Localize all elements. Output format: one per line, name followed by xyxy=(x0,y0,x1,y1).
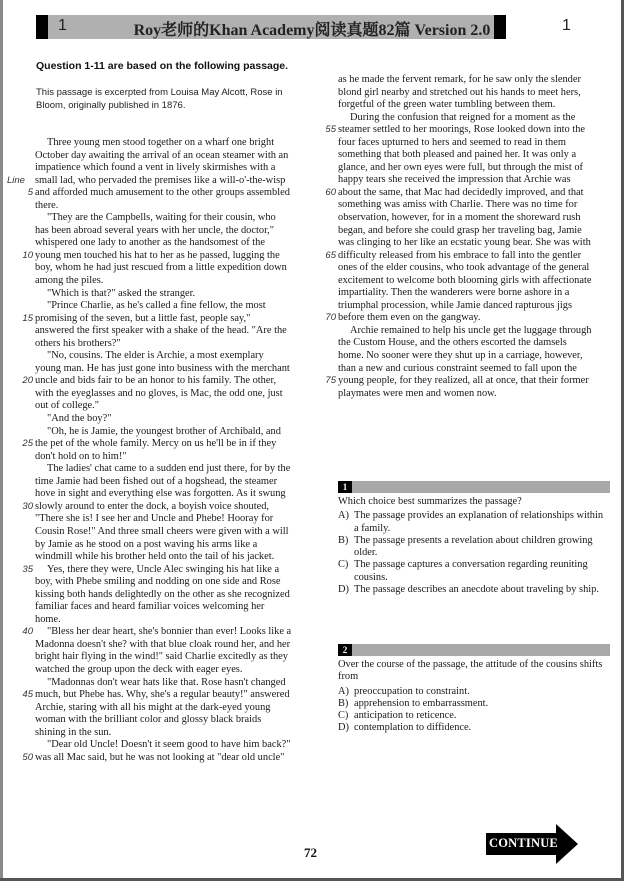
option-letter: A) xyxy=(338,686,354,698)
line-text: Archie remained to help his uncle get th… xyxy=(350,325,592,336)
line-text: answered the first speaker with a shake … xyxy=(35,325,287,336)
passage-line: bright hair flying in the wind!" said Ch… xyxy=(35,651,317,664)
line-text: young man. He has just gone into busines… xyxy=(35,363,290,374)
line-text: the Custom House, and the others escorte… xyxy=(338,337,567,348)
line-text: young men touched his hat to her as he p… xyxy=(35,250,280,261)
passage-heading: Question 1-11 are based on the following… xyxy=(36,60,288,72)
passage-line: windmill while his brother held onto the… xyxy=(35,551,317,564)
passage-line: as he made the fervent remark, for he sa… xyxy=(338,74,610,87)
line-number: 5 xyxy=(13,187,33,200)
line-text: "They are the Campbells, waiting for the… xyxy=(47,212,276,223)
page-number: 72 xyxy=(304,845,317,861)
passage-line: "Which is that?" asked the stranger. xyxy=(35,288,317,301)
line-text: was all Mac said, but he was not looking… xyxy=(35,752,284,763)
line-text: impatience which found a vent in lively … xyxy=(35,162,275,173)
line-text: something that both pleased and pained h… xyxy=(338,149,576,160)
passage-source-note: This passage is excerpted from Louisa Ma… xyxy=(36,87,311,112)
passage-line: 5and afforded much amusement to the othe… xyxy=(35,187,317,200)
line-text: uncle and bids fair to be an honor to hi… xyxy=(35,375,276,386)
line-text: Three young men stood together on a whar… xyxy=(47,137,274,148)
line-text: Archie, staring with all his might at th… xyxy=(35,702,270,713)
passage-line: 65difficulty released from his embrace t… xyxy=(338,250,610,263)
line-text: and afforded much amusement to the other… xyxy=(35,187,290,198)
passage-line: something that both pleased and pained h… xyxy=(338,149,610,162)
question-2-bar: 2 xyxy=(338,644,610,656)
line-text: woman with the brilliant color and gloss… xyxy=(35,714,261,725)
passage-line: 25the pet of the whole family. Mercy on … xyxy=(35,438,317,451)
option-letter: D) xyxy=(338,584,354,596)
line-text: Cousin Rose!" And three small cheers wer… xyxy=(35,526,289,537)
line-text: something was amiss with Charlie. There … xyxy=(338,199,577,210)
line-text: home. No sooner were they shut up in a c… xyxy=(338,350,583,361)
answer-option-c[interactable]: C)The passage captures a conversation re… xyxy=(338,559,610,584)
passage-line: woman with the brilliant color and gloss… xyxy=(35,714,317,727)
line-text: out of college." xyxy=(35,400,99,411)
option-text: apprehension to embarrassment. xyxy=(354,698,610,710)
passage-line: there. xyxy=(35,200,317,213)
option-text: The passage captures a conversation rega… xyxy=(354,559,610,584)
line-text: playmates were men and women now. xyxy=(338,388,497,399)
line-text: "Madonnas don't wear hats like that. Ros… xyxy=(47,677,286,688)
line-text: impartiality. Then the wanderers were bo… xyxy=(338,287,569,298)
option-letter: D) xyxy=(338,722,354,734)
line-number: 45 xyxy=(13,689,33,702)
passage-line: time Jamie had been fished out of a hogs… xyxy=(35,476,317,489)
line-text: During the confusion that reigned for a … xyxy=(350,112,575,123)
line-text: familiar faces and heard familiar voices… xyxy=(35,601,264,612)
passage-line: "Dear old Uncle! Doesn't it seem good to… xyxy=(35,739,317,752)
line-number: 35 xyxy=(13,564,33,577)
passage-line: 75young people, for they realized, all a… xyxy=(338,375,610,388)
passage-line: boy, with Phebe smiling and nodding on o… xyxy=(35,576,317,589)
passage-line: playmates were men and women now. xyxy=(338,388,610,401)
line-text: "Dear old Uncle! Doesn't it seem good to… xyxy=(47,739,291,750)
line-text: was clinging to her like an ecstatic you… xyxy=(338,237,591,248)
passage-line: home. xyxy=(35,614,317,627)
answer-option-b[interactable]: B)The passage presents a revelation abou… xyxy=(338,535,610,560)
passage-line: blond girl nearby and stretched out his … xyxy=(338,87,610,100)
line-text: triumphal procession, while Jamie danced… xyxy=(338,300,572,311)
line-text: Yes, there they were, Uncle Alec swingin… xyxy=(47,564,279,575)
passage-line: observation, however, for in a moment th… xyxy=(338,212,610,225)
answer-option-d[interactable]: D)contemplation to diffidence. xyxy=(338,722,610,734)
passage-line: 30slowly around to enter the dock, a boy… xyxy=(35,501,317,514)
answer-option-c[interactable]: C)anticipation to reticence. xyxy=(338,710,610,722)
line-text: with the eyeglasses and no gloves, is Ma… xyxy=(35,388,283,399)
line-number: 30 xyxy=(13,501,33,514)
line-text: blond girl nearby and stretched out his … xyxy=(338,87,581,98)
line-text: home. xyxy=(35,614,61,625)
passage-line: "Oh, he is Jamie, the youngest brother o… xyxy=(35,426,317,439)
continue-button[interactable]: CONTINUE xyxy=(486,824,578,864)
line-number: 10 xyxy=(13,250,33,263)
passage-line: "No, cousins. The elder is Archie, a mos… xyxy=(35,350,317,363)
answer-option-a[interactable]: A)preoccupation to constraint. xyxy=(338,686,610,698)
line-text: windmill while his brother held onto the… xyxy=(35,551,274,562)
passage-column-right: as he made the fervent remark, for he sa… xyxy=(338,74,610,400)
line-text: as he made the fervent remark, for he sa… xyxy=(338,74,581,85)
passage-line: 15promising of the seven, but a little f… xyxy=(35,313,317,326)
question-number: 1 xyxy=(338,481,352,493)
passage-line: answered the first speaker with a shake … xyxy=(35,325,317,338)
option-letter: B) xyxy=(338,535,354,560)
line-text: the pet of the whole family. Mercy on us… xyxy=(35,438,276,449)
line-text: others his brothers?" xyxy=(35,338,121,349)
line-text: much, but Phebe has. Why, she's a regula… xyxy=(35,689,290,700)
passage-line: young man. He has just gone into busines… xyxy=(35,363,317,376)
passage-line: Three young men stood together on a whar… xyxy=(35,137,317,150)
passage-line: something was amiss with Charlie. There … xyxy=(338,199,610,212)
passage-line: than a new and curious constraint seemed… xyxy=(338,363,610,376)
line-text: difficulty released from his embrace to … xyxy=(338,250,581,261)
line-text: "Bless her dear heart, she's bonnier tha… xyxy=(47,626,291,637)
passage-line: 35Yes, there they were, Uncle Alec swing… xyxy=(35,564,317,577)
option-letter: C) xyxy=(338,710,354,722)
line-text: there. xyxy=(35,200,58,211)
line-text: whispered one lady to another as the han… xyxy=(35,237,265,248)
line-text: bright hair flying in the wind!" said Ch… xyxy=(35,651,288,662)
line-label: Line xyxy=(7,175,25,188)
passage-line: watched the group upon the deck with eag… xyxy=(35,664,317,677)
passage-line: the Custom House, and the others escorte… xyxy=(338,337,610,350)
line-text: four faces upturned to hers and seemed t… xyxy=(338,137,566,148)
line-text: "No, cousins. The elder is Archie, a mos… xyxy=(47,350,264,361)
line-text: has been abroad several years with her u… xyxy=(35,225,274,236)
passage-line: 60about the same, that Mac had decidedly… xyxy=(338,187,610,200)
line-text: about the same, that Mac had decidedly i… xyxy=(338,187,584,198)
line-text: slowly around to enter the dock, a boyis… xyxy=(35,501,269,512)
passage-line: was clinging to her like an ecstatic you… xyxy=(338,237,610,250)
passage-line: October day awaiting the arrival of an o… xyxy=(35,150,317,163)
passage-line: others his brothers?" xyxy=(35,338,317,351)
option-text: anticipation to reticence. xyxy=(354,710,610,722)
line-text: boy, whom he had just rescued from a lit… xyxy=(35,262,287,273)
answer-option-a[interactable]: A)The passage provides an explanation of… xyxy=(338,510,610,535)
section-number-right: 1 xyxy=(562,17,571,35)
line-text: among the piles. xyxy=(35,275,103,286)
line-number: 40 xyxy=(13,626,33,639)
question-stem: Which choice best summarizes the passage… xyxy=(338,496,610,508)
line-text: than a new and curious constraint seemed… xyxy=(338,363,577,374)
page-title: Roy老师的Khan Academy阅读真题82篇 Version 2.0 xyxy=(0,17,624,40)
passage-line: 45much, but Phebe has. Why, she's a regu… xyxy=(35,689,317,702)
right-arrow-icon xyxy=(556,824,578,864)
passage-line: triumphal procession, while Jamie danced… xyxy=(338,300,610,313)
passage-line: happy tears she received the impression … xyxy=(338,174,610,187)
passage-line: excitement to welcome both blooming girl… xyxy=(338,275,610,288)
passage-line: hove in sight and everything else was fo… xyxy=(35,488,317,501)
passage-line: The ladies' chat came to a sudden end ju… xyxy=(35,463,317,476)
line-number: 20 xyxy=(13,375,33,388)
passage-line: familiar faces and heard familiar voices… xyxy=(35,601,317,614)
passage-line: Archie remained to help his uncle get th… xyxy=(338,325,610,338)
line-text: glance, and her own eyes were full, but … xyxy=(338,162,583,173)
option-text: The passage describes an anecdote about … xyxy=(354,584,610,596)
line-text: "There she is! I see her and Uncle and P… xyxy=(35,513,273,524)
option-text: preoccupation to constraint. xyxy=(354,686,610,698)
passage-line: 55steamer settled to her moorings, Rose … xyxy=(338,124,610,137)
line-text: Madonna doesn't she? with that blue cloa… xyxy=(35,639,290,650)
passage-line: forgetful of the green water tumbling be… xyxy=(338,99,610,112)
passage-line: out of college." xyxy=(35,400,317,413)
line-number: 65 xyxy=(316,250,336,263)
passage-line: Madonna doesn't she? with that blue cloa… xyxy=(35,639,317,652)
line-number: 70 xyxy=(316,312,336,325)
line-text: October day awaiting the arrival of an o… xyxy=(35,150,288,161)
passage-line: has been abroad several years with her u… xyxy=(35,225,317,238)
passage-line: impatience which found a vent in lively … xyxy=(35,162,317,175)
passage-column-left: Three young men stood together on a whar… xyxy=(35,137,317,764)
line-text: "Which is that?" asked the stranger. xyxy=(47,288,195,299)
line-text: observation, however, for in a moment th… xyxy=(338,212,581,223)
line-text: began, and before she could grasp her tr… xyxy=(338,225,582,236)
passage-line: don't hold on to him!" xyxy=(35,451,317,464)
passage-line: boy, whom he had just rescued from a lit… xyxy=(35,262,317,275)
passage-line: "Prince Charlie, as he's called a fine f… xyxy=(35,300,317,313)
line-text: happy tears she received the impression … xyxy=(338,174,571,185)
line-number: 60 xyxy=(316,187,336,200)
line-text: kissing both hands delightedly on the ot… xyxy=(35,589,290,600)
option-text: The passage presents a revelation about … xyxy=(354,535,610,560)
line-text: by Jamie as he stood on a post waving hi… xyxy=(35,539,257,550)
passage-line: shining in the sun. xyxy=(35,727,317,740)
passage-line: Archie, staring with all his might at th… xyxy=(35,702,317,715)
passage-line: by Jamie as he stood on a post waving hi… xyxy=(35,539,317,552)
line-text: boy, with Phebe smiling and nodding on o… xyxy=(35,576,281,587)
answer-option-d[interactable]: D)The passage describes an anecdote abou… xyxy=(338,584,610,596)
line-text: steamer settled to her moorings, Rose lo… xyxy=(338,124,585,135)
passage-line: home. No sooner were they shut up in a c… xyxy=(338,350,610,363)
line-text: ones of the elder cousins, who took adva… xyxy=(338,262,589,273)
passage-line: Linesmall lad, who pervaded the premises… xyxy=(35,175,317,188)
passage-line: "And the boy?" xyxy=(35,413,317,426)
passage-line: with the eyeglasses and no gloves, is Ma… xyxy=(35,388,317,401)
line-text: shining in the sun. xyxy=(35,727,111,738)
option-letter: B) xyxy=(338,698,354,710)
passage-line: four faces upturned to hers and seemed t… xyxy=(338,137,610,150)
passage-line: During the confusion that reigned for a … xyxy=(338,112,610,125)
passage-line: Cousin Rose!" And three small cheers wer… xyxy=(35,526,317,539)
line-text: "And the boy?" xyxy=(47,413,111,424)
option-letter: A) xyxy=(338,510,354,535)
line-number: 55 xyxy=(316,124,336,137)
line-text: don't hold on to him!" xyxy=(35,451,127,462)
question-stem: Over the course of the passage, the atti… xyxy=(338,659,610,684)
question-1: 1 Which choice best summarizes the passa… xyxy=(338,481,610,596)
passage-line: 40"Bless her dear heart, she's bonnier t… xyxy=(35,626,317,639)
line-text: time Jamie had been fished out of a hogs… xyxy=(35,476,277,487)
passage-line: whispered one lady to another as the han… xyxy=(35,237,317,250)
question-1-bar: 1 xyxy=(338,481,610,493)
passage-line: "They are the Campbells, waiting for the… xyxy=(35,212,317,225)
passage-line: glance, and her own eyes were full, but … xyxy=(338,162,610,175)
line-text: excitement to welcome both blooming girl… xyxy=(338,275,591,286)
passage-line: "There she is! I see her and Uncle and P… xyxy=(35,513,317,526)
passage-line: kissing both hands delightedly on the ot… xyxy=(35,589,317,602)
option-letter: C) xyxy=(338,559,354,584)
line-text: young people, for they realized, all at … xyxy=(338,375,589,386)
question-2: 2 Over the course of the passage, the at… xyxy=(338,644,610,735)
question-number: 2 xyxy=(338,644,352,656)
line-text: forgetful of the green water tumbling be… xyxy=(338,99,555,110)
line-number: 15 xyxy=(13,313,33,326)
line-number: 25 xyxy=(13,438,33,451)
passage-line: 50was all Mac said, but he was not looki… xyxy=(35,752,317,765)
line-text: before them even on the gangway. xyxy=(338,312,480,323)
passage-line: 70before them even on the gangway. xyxy=(338,312,610,325)
line-text: watched the group upon the deck with eag… xyxy=(35,664,242,675)
option-text: The passage provides an explanation of r… xyxy=(354,510,610,535)
line-text: The ladies' chat came to a sudden end ju… xyxy=(47,463,290,474)
passage-line: "Madonnas don't wear hats like that. Ros… xyxy=(35,677,317,690)
line-text: hove in sight and everything else was fo… xyxy=(35,488,286,499)
option-text: contemplation to diffidence. xyxy=(354,722,610,734)
passage-line: impartiality. Then the wanderers were bo… xyxy=(338,287,610,300)
passage-line: 20uncle and bids fair to be an honor to … xyxy=(35,375,317,388)
page-border-left xyxy=(0,0,3,881)
passage-line: among the piles. xyxy=(35,275,317,288)
line-text: small lad, who pervaded the premises lik… xyxy=(35,175,285,186)
passage-line: 10young men touched his hat to her as he… xyxy=(35,250,317,263)
line-text: promising of the seven, but a little fas… xyxy=(35,313,250,324)
line-text: "Oh, he is Jamie, the youngest brother o… xyxy=(47,426,281,437)
line-number: 50 xyxy=(13,752,33,765)
passage-line: began, and before she could grasp her tr… xyxy=(338,225,610,238)
line-text: "Prince Charlie, as he's called a fine f… xyxy=(47,300,266,311)
continue-label: CONTINUE xyxy=(489,836,558,851)
line-number: 75 xyxy=(316,375,336,388)
answer-option-b[interactable]: B)apprehension to embarrassment. xyxy=(338,698,610,710)
passage-line: ones of the elder cousins, who took adva… xyxy=(338,262,610,275)
